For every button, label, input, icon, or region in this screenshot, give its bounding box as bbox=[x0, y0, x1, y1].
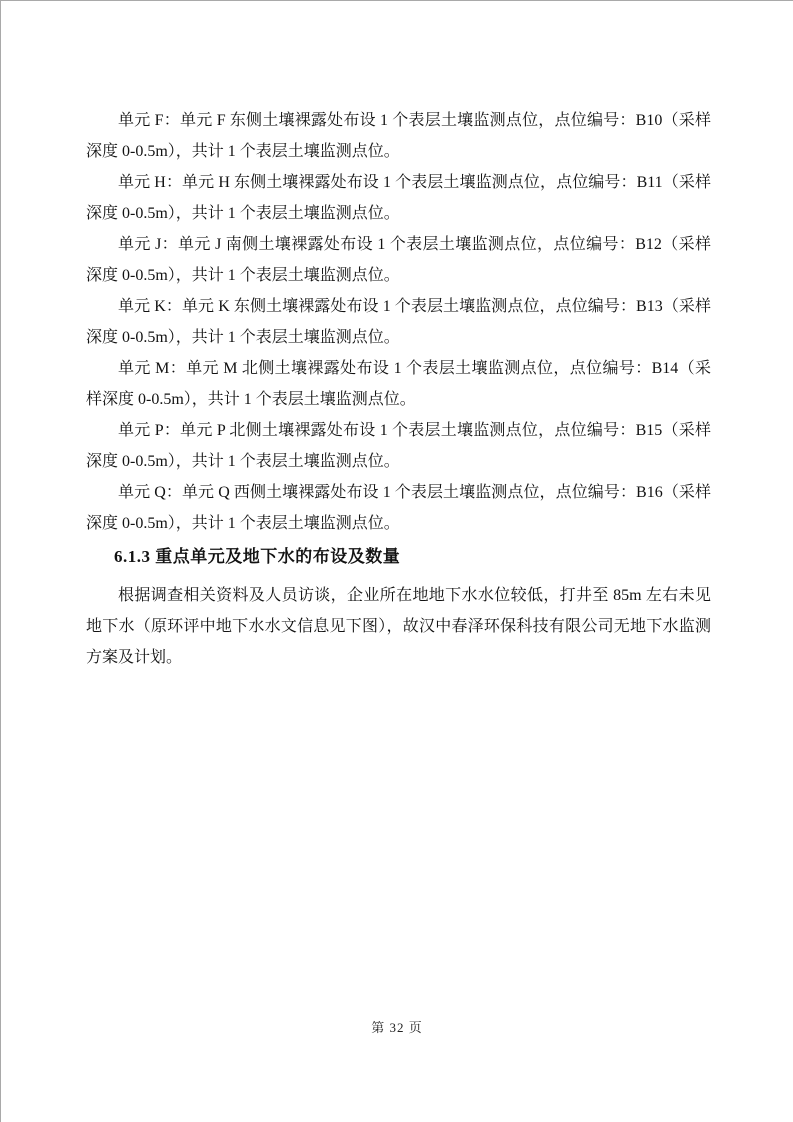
paragraph-unit-j: 单元 J：单元 J 南侧土壤裸露处布设 1 个表层土壤监测点位，点位编号：B12… bbox=[86, 229, 711, 291]
document-page: { "colors": { "page_background": "#fffff… bbox=[0, 0, 793, 1122]
section-heading-6-1-3: 6.1.3 重点单元及地下水的布设及数量 bbox=[86, 541, 711, 572]
paragraph-unit-m: 单元 M：单元 M 北侧土壤裸露处布设 1 个表层土壤监测点位，点位编号：B14… bbox=[86, 353, 711, 415]
paragraph-unit-f: 单元 F：单元 F 东侧土壤裸露处布设 1 个表层土壤监测点位，点位编号：B10… bbox=[86, 105, 711, 167]
page-number: 第 32 页 bbox=[1, 1017, 793, 1036]
paragraph-unit-h: 单元 H：单元 H 东侧土壤裸露处布设 1 个表层土壤监测点位，点位编号：B11… bbox=[86, 167, 711, 229]
paragraph-unit-q: 单元 Q：单元 Q 西侧土壤裸露处布设 1 个表层土壤监测点位，点位编号：B16… bbox=[86, 477, 711, 539]
paragraph-unit-p: 单元 P：单元 P 北侧土壤裸露处布设 1 个表层土壤监测点位，点位编号：B15… bbox=[86, 415, 711, 477]
paragraph-groundwater: 根据调查相关资料及人员访谈，企业所在地地下水水位较低，打井至 85m 左右未见地… bbox=[86, 580, 711, 673]
paragraph-unit-k: 单元 K：单元 K 东侧土壤裸露处布设 1 个表层土壤监测点位，点位编号：B13… bbox=[86, 291, 711, 353]
document-text-block: 单元 F：单元 F 东侧土壤裸露处布设 1 个表层土壤监测点位，点位编号：B10… bbox=[86, 105, 711, 673]
